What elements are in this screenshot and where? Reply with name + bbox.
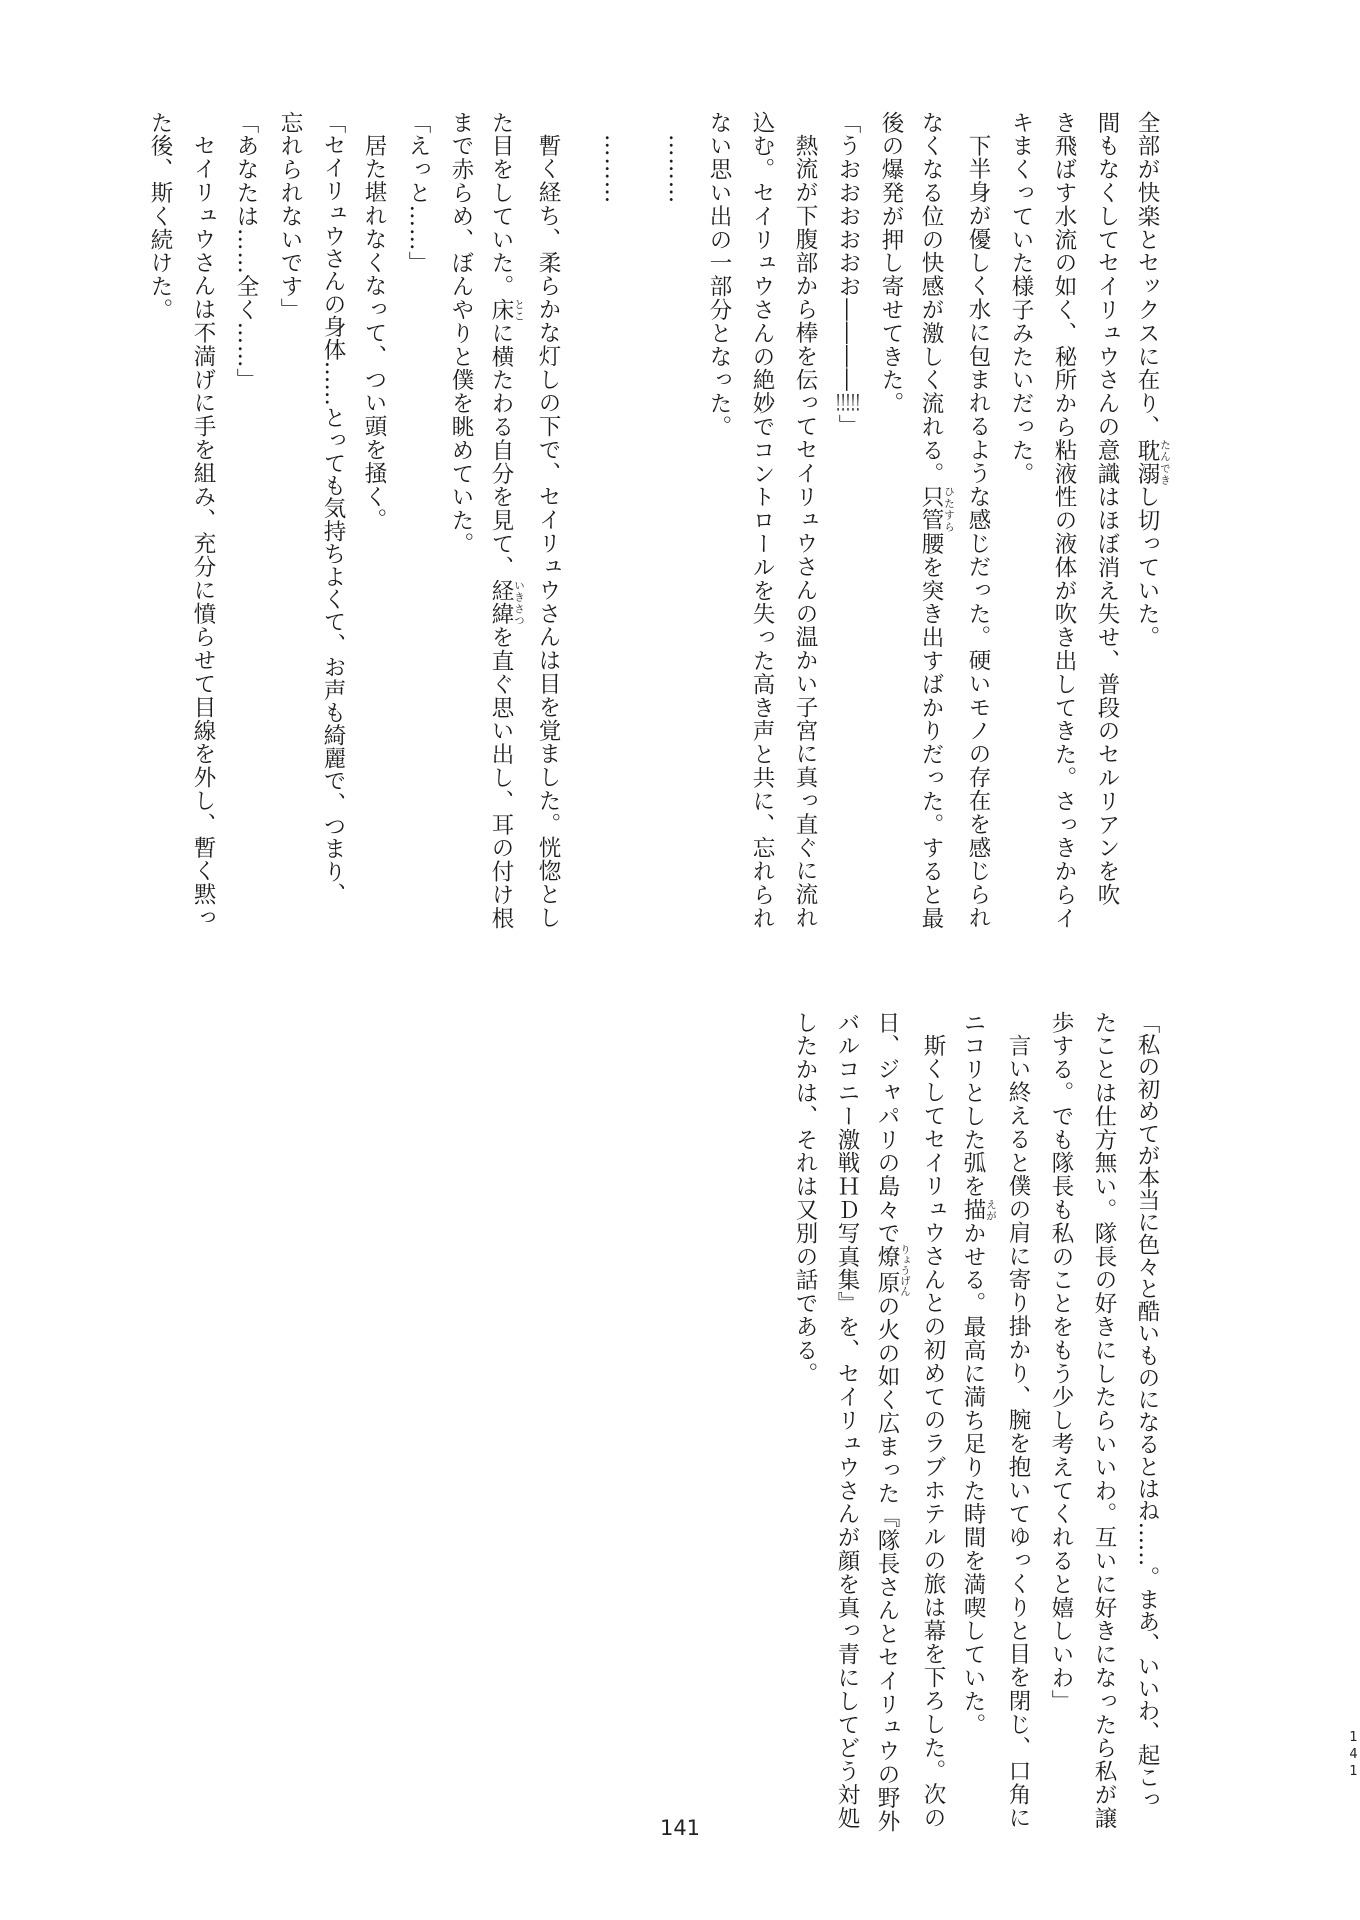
text-run: なくなる位の快感が激しく流れる。 (918, 111, 944, 485)
text-run: 忘れられないです」 (277, 111, 303, 322)
text-run: 全部が快楽とセックスに在り、 (1134, 111, 1160, 439)
text-run: 込む。セイリュウさんの絶妙でコントロールを失った高き声と共に、忘れられ (749, 111, 775, 930)
dialogue-column: 「えっと……」 (396, 111, 439, 951)
text-run: 熱流が下腹部から棒を伝ってセイリュウさんの温かい子宮に真っ直ぐに流れ (792, 134, 818, 930)
ruby-word: 描えが (960, 1198, 986, 1221)
scene-break-ellipsis: ……… (655, 111, 698, 951)
ruby-word: 燎原りょうげん (874, 1245, 900, 1295)
text-run: したかは、それは又別の話である。 (792, 1011, 818, 1385)
ruby-base: 床 (488, 298, 514, 321)
ellipsis: ……… (664, 134, 690, 204)
text-run: 斯くしてセイリュウさんとの初めてのラブホテルの旅は幕を下ろした。次の (920, 1034, 946, 1830)
text-run: たことは仕方無い。隊長の好きにしたらいいわ。互いに好きになったら私が譲 (1091, 1011, 1117, 1830)
ruby-base: 耽溺 (1134, 439, 1160, 486)
text-run: 「えっと……」 (405, 111, 431, 275)
text-run: 居た堪れなくなって、つい頭を掻く。 (361, 134, 387, 532)
ruby-base: 燎原 (874, 1244, 900, 1297)
dialogue-column: 「私の初めてが本当に色々と酷いものになるとはね……。まあ、いいわ、起こっ (1125, 1011, 1168, 1851)
text-run: まで赤らめ、ぼんやりと僕を眺めていた。 (448, 111, 474, 556)
text-run: バルコニー激戦ＨＤ写真集』を、セイリュウさんが顔を真っ青にしてどう対処 (834, 1011, 860, 1830)
text-run: 「セイリュウさんの身体……とっても気持ちよくて、お声も綺麗で、つまり、 (320, 111, 346, 906)
ruby-word: 床とこ (488, 298, 514, 321)
text-run: 「あなたは……全く……」 (233, 111, 259, 392)
text-run: 暫く経ち、柔らかな灯しの下で、セイリュウさんは目を覚ました。恍惚とし (535, 134, 561, 930)
text-column: キまくっていた様子みたいだった。 (999, 111, 1042, 951)
page-number: 141 (640, 1816, 720, 1840)
ruby-reading: ひたすら (943, 485, 955, 532)
scene-break-ellipsis: ……… (591, 111, 634, 951)
paragraph-start-column: 熱流が下腹部から棒を伝ってセイリュウさんの温かい子宮に真っ直ぐに流れ (783, 111, 826, 951)
text-run: 「私の初めてが本当に色々と酷いものになるとはね……。まあ、いいわ、起こっ (1134, 1011, 1160, 1810)
paragraph-start-column: セイリュウさんは不満げに手を組み、充分に憤らせて目線を外し、暫く黙っ (181, 111, 224, 951)
text-run: 後の爆発が押し寄せてきた。 (878, 111, 904, 415)
text-run: 日、ジャパリの島々で (874, 1011, 900, 1245)
text-column: ニコリとした弧を描えがかせる。最高に満ち足りた時間を満喫していた。 (954, 1011, 997, 1851)
ruby-reading: えが (985, 1198, 997, 1221)
text-run: し切っていた。 (1134, 485, 1160, 649)
ruby-reading: とこ (513, 298, 525, 321)
text-run: 間もなくしてセイリュウさんの意識はほぼ消え失せ、普段のセルリアンを吹 (1094, 111, 1120, 907)
text-column: まで赤らめ、ぼんやりと僕を眺めていた。 (439, 111, 482, 951)
text-column: 歩する。でも隊長も私のことをもう少し考えてくれると嬉しいわ」 (1039, 1011, 1082, 1851)
text-run: た目をしていた。 (488, 111, 514, 298)
text-column: 込む。セイリュウさんの絶妙でコントロールを失った高き声と共に、忘れられ (740, 111, 783, 951)
ruby-reading: たんでき (1159, 439, 1171, 486)
text-column: たことは仕方無い。隊長の好きにしたらいいわ。互いに好きになったら私が譲 (1082, 1011, 1125, 1851)
text-column: なくなる位の快感が激しく流れる。只管ひたすら腰を突き出すばかりだった。すると最 (912, 111, 955, 951)
text-run: の火の如く広まった『隊長さんとセイリュウの野外 (874, 1295, 900, 1833)
text-column: ない思い出の一部分となった。 (697, 111, 740, 951)
text-run: 歩する。でも隊長も私のことをもう少し考えてくれると嬉しいわ」 (1048, 1011, 1074, 1713)
ruby-reading: りょうげん (899, 1244, 911, 1297)
paragraph-start-column: 斯くしてセイリュウさんとの初めてのラブホテルの旅は幕を下ろした。次の (911, 1011, 954, 1851)
paragraph-start-column: 居た堪れなくなって、つい頭を掻く。 (352, 111, 395, 951)
paragraph-start-column: 暫く経ち、柔らかな灯しの下で、セイリュウさんは目を覚ました。恍惚とし (526, 111, 569, 951)
text-column: 忘れられないです」 (268, 111, 311, 951)
novel-page: 全部が快楽とセックスに在り、耽溺たんできし切っていた。 間もなくしてセイリュウさ… (0, 0, 1360, 1920)
text-column: 全部が快楽とセックスに在り、耽溺たんできし切っていた。 (1128, 111, 1171, 951)
ruby-reading: いきさつ (513, 579, 525, 626)
text-run: キまくっていた様子みたいだった。 (1008, 111, 1034, 485)
ruby-word: 耽溺たんでき (1134, 439, 1160, 486)
text-run: た後、斯く続けた。 (147, 111, 173, 322)
ruby-base: 描 (960, 1198, 986, 1221)
text-run: に横たわる自分を見て、 (488, 322, 514, 579)
text-run: セイリュウさんは不満げに手を組み、充分に憤らせて目線を外し、暫く黙っ (190, 134, 216, 930)
dialogue-column: 「あなたは……全く……」 (224, 111, 267, 951)
text-run: かせる。最高に満ち足りた時間を満喫していた。 (960, 1222, 986, 1737)
ruby-base: 只管 (918, 485, 944, 532)
text-run: 下半身が優しく水に包まれるような感じだった。硬いモノの存在を感じられ (965, 134, 991, 930)
text-run: き飛ばす水流の如く、秘所から粘液性の液体が吹き出してきた。さっきからイ (1051, 111, 1077, 930)
text-run: 」 (835, 414, 861, 437)
dialogue-column: 「うおおおおおお――――!!!!!」 (826, 111, 869, 951)
ellipsis: ……… (600, 134, 626, 204)
text-column: き飛ばす水流の如く、秘所から粘液性の液体が吹き出してきた。さっきからイ (1042, 111, 1085, 951)
text-column: 間もなくしてセイリュウさんの意識はほぼ消え失せ、普段のセルリアンを吹 (1085, 111, 1128, 951)
text-run: ニコリとした弧を (960, 1011, 986, 1198)
paragraph-start-column: 言い終えると僕の肩に寄り掛かり、腕を抱いてゆっくりと目を閉じ、口角に (996, 1011, 1039, 1851)
text-run: ない思い出の一部分となった。 (706, 111, 732, 439)
paragraph-start-column: 下半身が優しく水に包まれるような感じだった。硬いモノの存在を感じられ (956, 111, 999, 951)
text-run: 言い終えると僕の肩に寄り掛かり、腕を抱いてゆっくりと目を閉じ、口角に (1005, 1034, 1031, 1830)
ruby-word: 只管ひたすら (918, 485, 944, 532)
text-run: 腰を突き出すばかりだった。すると最 (918, 532, 944, 930)
text-column: た目をしていた。床とこに横たわる自分を見て、経緯いきさつを直ぐ思い出し、耳の付け… (482, 111, 525, 951)
ruby-base: 経緯 (488, 579, 514, 626)
text-column: 後の爆発が押し寄せてきた。 (869, 111, 912, 951)
text-column: 日、ジャパリの島々で燎原りょうげんの火の如く広まった『隊長さんとセイリュウの野外 (868, 1011, 911, 1851)
text-column: したかは、それは又別の話である。 (783, 1011, 826, 1851)
ruby-word: 経緯いきさつ (488, 579, 514, 626)
dialogue-column: 「セイリュウさんの身体……とっても気持ちよくて、お声も綺麗で、つまり、 (311, 111, 354, 951)
text-run: 「うおおおおおお―――― (835, 111, 861, 392)
text-column: バルコニー激戦ＨＤ写真集』を、セイリュウさんが顔を真っ青にしてどう対処 (825, 1011, 868, 1851)
exclamation-marks: !!!!! (835, 392, 861, 415)
text-run: を直ぐ思い出し、耳の付け根 (488, 626, 514, 930)
text-column: た後、斯く続けた。 (138, 111, 181, 951)
margin-page-number: 141 (1344, 1730, 1360, 1781)
